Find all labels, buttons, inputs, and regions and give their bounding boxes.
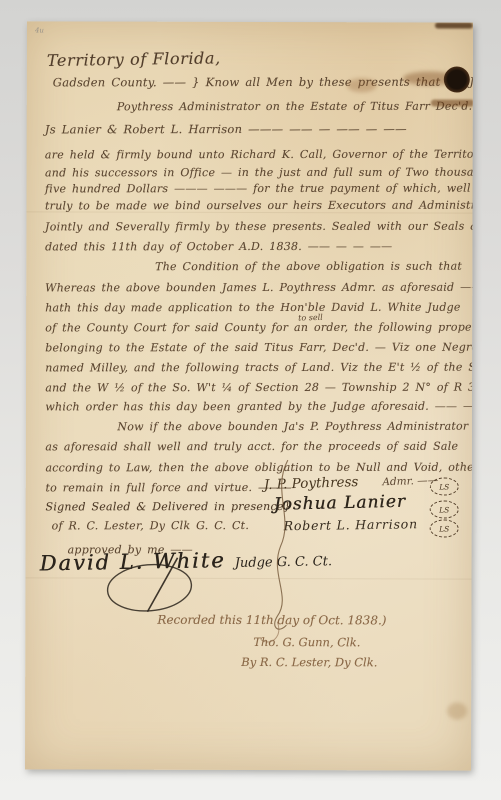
manuscript-line: Whereas the above bounden James L. Poyth… [45,281,469,302]
manuscript-line: of the County Court for said County for … [45,321,469,342]
recording-block: Recorded this 11th day of Oct. 1838.) Th… [25,612,471,669]
manuscript-line: as aforesaid shall well and truly acct. … [45,440,469,462]
manuscript-line: five hundred Dollars ——— ——— for the tru… [45,182,469,200]
manuscript-line: belonging to the Estate of the said Titu… [45,341,469,362]
manuscript-line: hath this day made application to the Ho… [45,301,469,322]
ink-smudge [347,78,377,92]
signature-judge-title: Judge G. C. Ct. [235,554,333,571]
record-line-clerk: Tho. G. Gunn, Clk. [25,634,471,655]
manuscript-line: The Condition of the above obligation is… [45,260,469,282]
manuscript-line: are held & firmly bound unto Richard K. … [45,148,469,167]
ink-streak-top-edge [435,22,473,28]
manuscript-line: which order has this day been granted by… [45,400,469,421]
manuscript-line: dated this 11th day of October A.D. 1838… [45,240,469,261]
ink-streak [431,99,473,106]
document-page: 4u Territory of Florida, Gadsden County.… [25,21,473,770]
signature-judge: David L. White Judge G. C. Ct. [39,546,332,575]
manuscript-line: named Milley, and the following tracts o… [45,361,469,382]
manuscript-line: and the W ½ of the So. W't ¼ of Section … [45,381,469,401]
seal-label: LS [439,482,449,491]
paper-crease [26,577,472,579]
paper-stain [447,703,467,720]
seal-label: LS [439,524,449,533]
wax-seal-ls-2: LS [430,500,459,518]
scan-background: 4u Territory of Florida, Gadsden County.… [0,0,501,800]
manuscript-line: Now if the above bounden Ja's P. Poythre… [45,420,469,441]
signature-harrison: Robert L. Harrison [284,516,418,533]
seal-label: LS [439,505,449,514]
manuscript-line: and his successors in Office — in the ju… [45,166,469,183]
wax-seal-ls-1: LS [430,477,459,495]
manuscript-line: Jointly and Severally firmly by these pr… [45,220,469,241]
wax-seal-ls-3: LS [430,519,459,537]
manuscript-body: Gadsden County. —— } Know all Men by the… [45,75,470,564]
signature-poythress-name: J. P. Poythress [264,474,359,493]
manuscript-line: Js Lanier & Robert L. Harrison ——— —— — … [45,122,469,149]
manuscript-line: truly to be made we bind ourselves our h… [45,199,469,221]
record-line-deputy: By R. C. Lester, Dy Clk. [25,654,471,669]
ink-blot [444,67,470,93]
signature-lanier: Joshua Lanier [274,492,407,515]
manuscript-line: Poythress Administrator on the Estate of… [45,100,469,123]
record-line-date: Recorded this 11th day of Oct. 1838.) [25,612,471,635]
interlinear-insertion: to sell [298,313,323,323]
signature-judge-name: David L. White [39,548,225,575]
heading-territory: Territory of Florida, [47,48,221,70]
pencil-mark: 4u [35,26,44,34]
